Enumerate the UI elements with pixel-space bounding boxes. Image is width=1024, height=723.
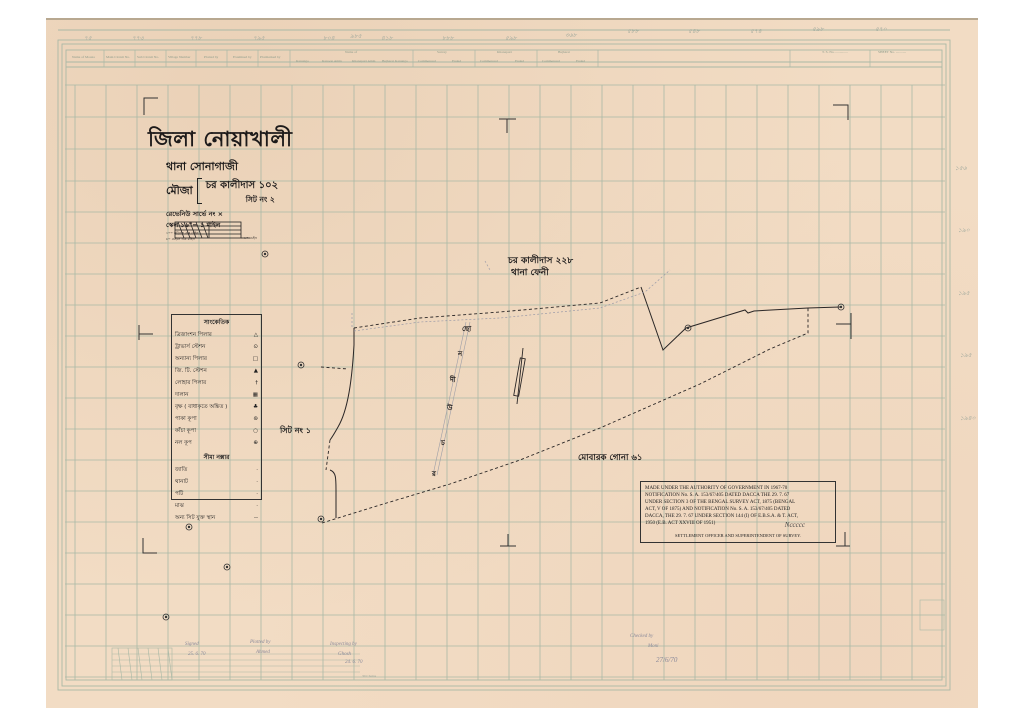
legend-item: পাকা কূপা⊚ (175, 416, 258, 424)
header-col-sub-circuit: Sub Circuit No. (137, 55, 159, 59)
pencil-note-plotted-name: Ahmed (256, 650, 270, 655)
boundary-line-icon: -- (248, 515, 258, 523)
right-number: ১৫৬ (955, 163, 967, 174)
top-number: ৯৮৫ (350, 31, 362, 42)
header-sheet-no: SHEET No. ............ (878, 50, 906, 54)
authority-line: ACT, V OF 1875) AND NOTIFICATION No. S. … (645, 506, 831, 513)
north-arrow (514, 348, 526, 404)
title-block: জিলা নোয়াখালী থানা সোনাগাজী মৌজা চর কাল… (148, 123, 293, 243)
pencil-note-inspecting-date: 24. 6. 70 (345, 660, 363, 665)
top-number: ৫৭৪ (750, 26, 762, 37)
adjoining-sheet-label: সিট নং ১ (280, 425, 311, 438)
header-col-kanoon-amin: Kanoon Amin (322, 59, 342, 63)
boundary-line-icon: · (248, 491, 258, 499)
bottom-scale-label: 30 Chains (362, 674, 376, 678)
mouza-label: মৌজা (166, 182, 193, 201)
sheet-number: সিট নং ২ (206, 195, 278, 207)
right-number: ১৯৫ (958, 288, 970, 299)
authority-notice: MADE UNDER THE AUTHORITY OF GOVERNMENT I… (640, 481, 836, 543)
river-label-char: উ (447, 402, 452, 414)
neighbor-thana-north: থানা ফেনী (511, 265, 549, 280)
top-number: ৫৪৮ (688, 26, 700, 37)
other-pillar-icon: □ (248, 356, 258, 364)
building-icon: ▦ (248, 392, 258, 400)
boundary-line-icon: · (248, 503, 258, 511)
scale-chain-label: ১০ চেইন (244, 236, 257, 242)
officer-signature: Nccccc (785, 522, 805, 529)
top-number: ৩৬৮ (565, 30, 577, 41)
tube-well-icon: ⊕ (248, 440, 258, 448)
right-number: ১৯৫ (960, 350, 972, 361)
header-col-ended-2: Ended (515, 59, 524, 63)
river-label-char: ছো (462, 323, 471, 335)
header-group-bujharat: Bujharat (558, 50, 570, 54)
header-col-name-of-mouza: Name of Mouza (72, 55, 95, 59)
traverse-station-icon: ⊙ (248, 344, 258, 352)
pencil-note-inspecting: Inspecting by (330, 642, 357, 647)
pencil-note-checked-date: 27/6/70 (656, 656, 677, 664)
right-number: ১৯০ (958, 225, 970, 236)
pencil-note-checked: Checked by (630, 634, 653, 639)
legend-item: জি. টি. স্টেশন▲ (175, 368, 258, 376)
pencil-note-inspecting-name: Ghosh (338, 652, 351, 657)
legend-item: নল কূপ⊕ (175, 440, 258, 448)
header-col-examined-by: Examined by (233, 55, 252, 59)
legend-item: লোহার পিলার† (175, 380, 258, 388)
revenue-survey-no: রেভেনিউ সার্ভে নং × (148, 209, 293, 220)
pencil-note-checked-name: Moni (648, 644, 659, 649)
scale-note-2: ৮০ চেইনে এক মাইল (148, 237, 293, 243)
header-col-ended-1: Ended (452, 59, 461, 63)
pencil-note-plotted: Plotted by (250, 640, 270, 645)
header-ts-no: T. S. No. .............. (822, 50, 848, 54)
legend-boundary-item: থানাট· (175, 479, 258, 487)
top-number: ৮০৪ (323, 33, 335, 44)
neighbor-mouza-south: মোবারক গোনা ৬১ (578, 451, 642, 465)
header-col-main-circuit: Main Circuit No. (106, 55, 130, 59)
header-col-plotmarked-by: Plotmarked by (260, 55, 281, 59)
header-col-commenced-1: Commenced (418, 59, 436, 63)
mouza-row: মৌজা চর কালীদাস ১০২ সিট নং ২ (148, 178, 293, 207)
top-number: ৫৯৮ (812, 24, 824, 35)
river-label-char: ন (458, 348, 462, 360)
boundary-line-icon: · (248, 467, 258, 475)
mouza-name: চর কালীদাস ১০২ (206, 178, 278, 195)
pencil-note-sign: Signed (185, 642, 199, 647)
thana-title: থানা সোনাগাজী (148, 158, 293, 177)
header-col-commenced-2: Commenced (480, 59, 498, 63)
legend-item: অন্যান্য পিলার□ (175, 356, 258, 364)
scale-line: স্কেল ১৬"= ১ মাইল (148, 220, 293, 231)
gt-station-icon: ▲ (248, 368, 258, 376)
river-label-char: চ (441, 437, 445, 449)
legend-item: বৃক্ষ ( বাধাকৃতে অঙ্কিত )♣ (175, 404, 258, 412)
top-number: ৫৯৮ (505, 33, 517, 44)
legend-item: কাঁচা কূপা○ (175, 428, 258, 436)
header-group-khanapuri: Khanapuri (497, 50, 512, 54)
iron-pillar-icon: † (248, 380, 258, 388)
header-group-survey: Survey (437, 50, 447, 54)
authority-line: DACCA, THE 29. 7. 67 UNDER SECTION 144 (… (645, 513, 831, 520)
pucca-well-icon: ⊚ (248, 416, 258, 424)
top-number: ৭৭৮ (190, 33, 202, 44)
authority-line: UNDER SECTION 3 OF THE BENGAL SURVEY ACT… (645, 499, 831, 506)
river-label-char: র (432, 468, 436, 480)
legend-item: ট্রাভার্স স্টেশন⊙ (175, 344, 258, 352)
district-title: জিলা নোয়াখালী (148, 123, 293, 158)
top-number: ৭৫ (84, 33, 92, 44)
trijunction-pillar-icon: △ (248, 332, 258, 340)
authority-footer: SETTLEMENT OFFICER AND SUPERINTENDENT OF… (641, 532, 835, 539)
river-label-char: দী (450, 374, 456, 386)
traverse-stations (163, 251, 844, 620)
top-number: ৮৮৮ (442, 33, 454, 44)
header-col-commenced-3: Commenced (542, 59, 560, 63)
legend-boundary-item: জাতি· (175, 467, 258, 475)
legend: সাংকেতিক ত্রিজাংশন পিলার△ ট্রাভার্স স্টে… (171, 314, 262, 500)
header-col-ended-3: Ended (576, 59, 585, 63)
authority-line: MADE UNDER THE AUTHORITY OF GOVERNMENT I… (645, 485, 831, 492)
top-number: ৭৯৫ (253, 33, 265, 44)
authority-line: NOTIFICATION No. S. A. 153/67/405 DATED … (645, 492, 831, 499)
top-number: ৭৭৩ (132, 33, 144, 44)
pencil-note-sign-date: 25. 6. 70 (188, 652, 206, 657)
legend-item: দালান▦ (175, 392, 258, 400)
legend-boundary-item: পটি· (175, 491, 258, 499)
tree-icon: ♣ (248, 404, 258, 412)
header-group-name-of: Name of (345, 50, 357, 54)
header-col-kanungo: Kanungo (296, 59, 309, 63)
kutcha-well-icon: ○ (248, 428, 258, 436)
header-col-plotted-by: Plotted by (204, 55, 218, 59)
legend-boundary-item: মাঝ· (175, 503, 258, 511)
map-drawing (0, 0, 1024, 723)
header-col-khanapuri-amin: Khanapuri Amin (352, 59, 375, 63)
legend-item: ত্রিজাংশন পিলার△ (175, 332, 258, 340)
top-number: ৫৭০ (875, 24, 887, 35)
boundary-line-icon: · (248, 479, 258, 487)
legend-boundary-item: অন্য সিট যুক্ত স্থান-- (175, 515, 258, 523)
top-number: ৪১৮ (381, 33, 393, 44)
river-lines (433, 322, 470, 475)
header-col-village-number: Village Number (168, 55, 190, 59)
right-number: ১৯৪০ (960, 413, 976, 424)
header-col-bujharat-kanungo: Bujharat Kanungo (382, 59, 408, 63)
legend-subtitle: সীমা নক্সার (175, 452, 258, 463)
legend-title: সাংকেতিক (175, 317, 258, 328)
mouza-bracket (197, 178, 202, 204)
top-number: ৫৮৮ (627, 26, 639, 37)
